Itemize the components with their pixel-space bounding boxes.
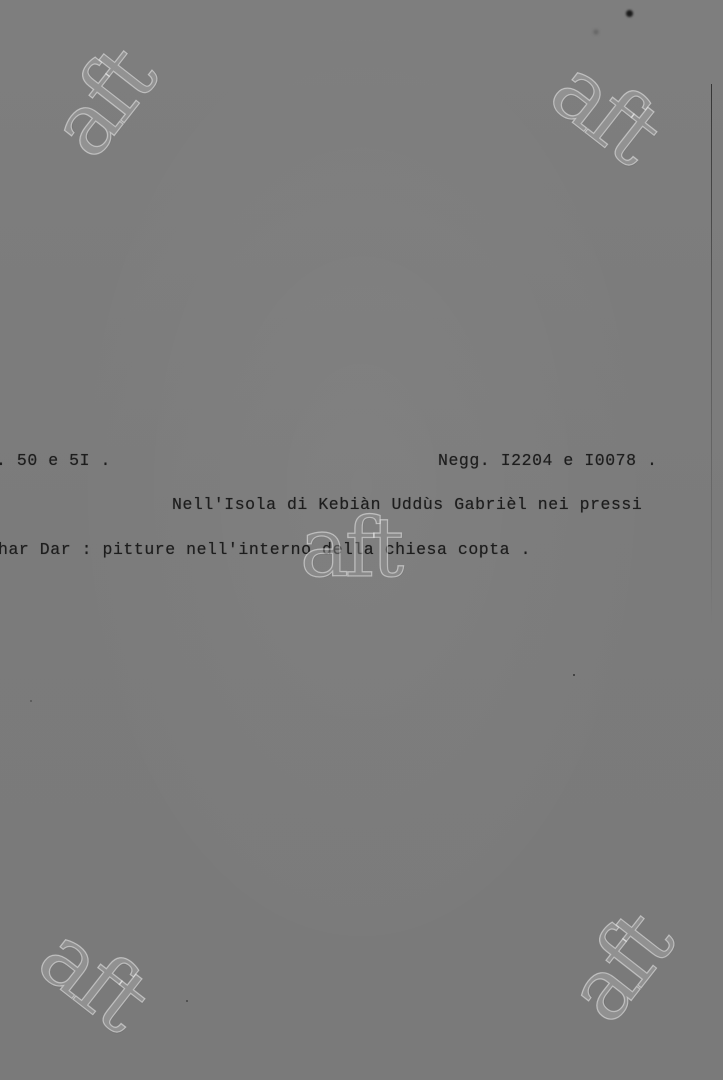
negative-numbers: Negg. I2204 e I0078 . [438, 453, 657, 470]
dust-speck [626, 10, 633, 17]
dust-speck [573, 674, 575, 676]
plate-numbers: . 50 e 5I . [0, 453, 111, 470]
dust-speck [186, 1000, 188, 1002]
watermark-bottom-right: aft [553, 900, 686, 1036]
dust-speck [30, 700, 32, 702]
dust-speck [594, 30, 598, 34]
watermark-top-right: aft [537, 45, 673, 178]
watermark-top-left: aft [36, 35, 169, 171]
scan-edge-line [711, 84, 712, 624]
scanned-index-card: aft aft aft aft . 50 e 5I . Negg. I2204 … [0, 0, 723, 1080]
location-line: Nell'Isola di Kebiàn Uddùs Gabrièl nei p… [172, 497, 642, 514]
subject-line: har Dar : pitture nell'interno della chi… [0, 542, 531, 559]
watermark-bottom-left: aft [25, 912, 161, 1045]
